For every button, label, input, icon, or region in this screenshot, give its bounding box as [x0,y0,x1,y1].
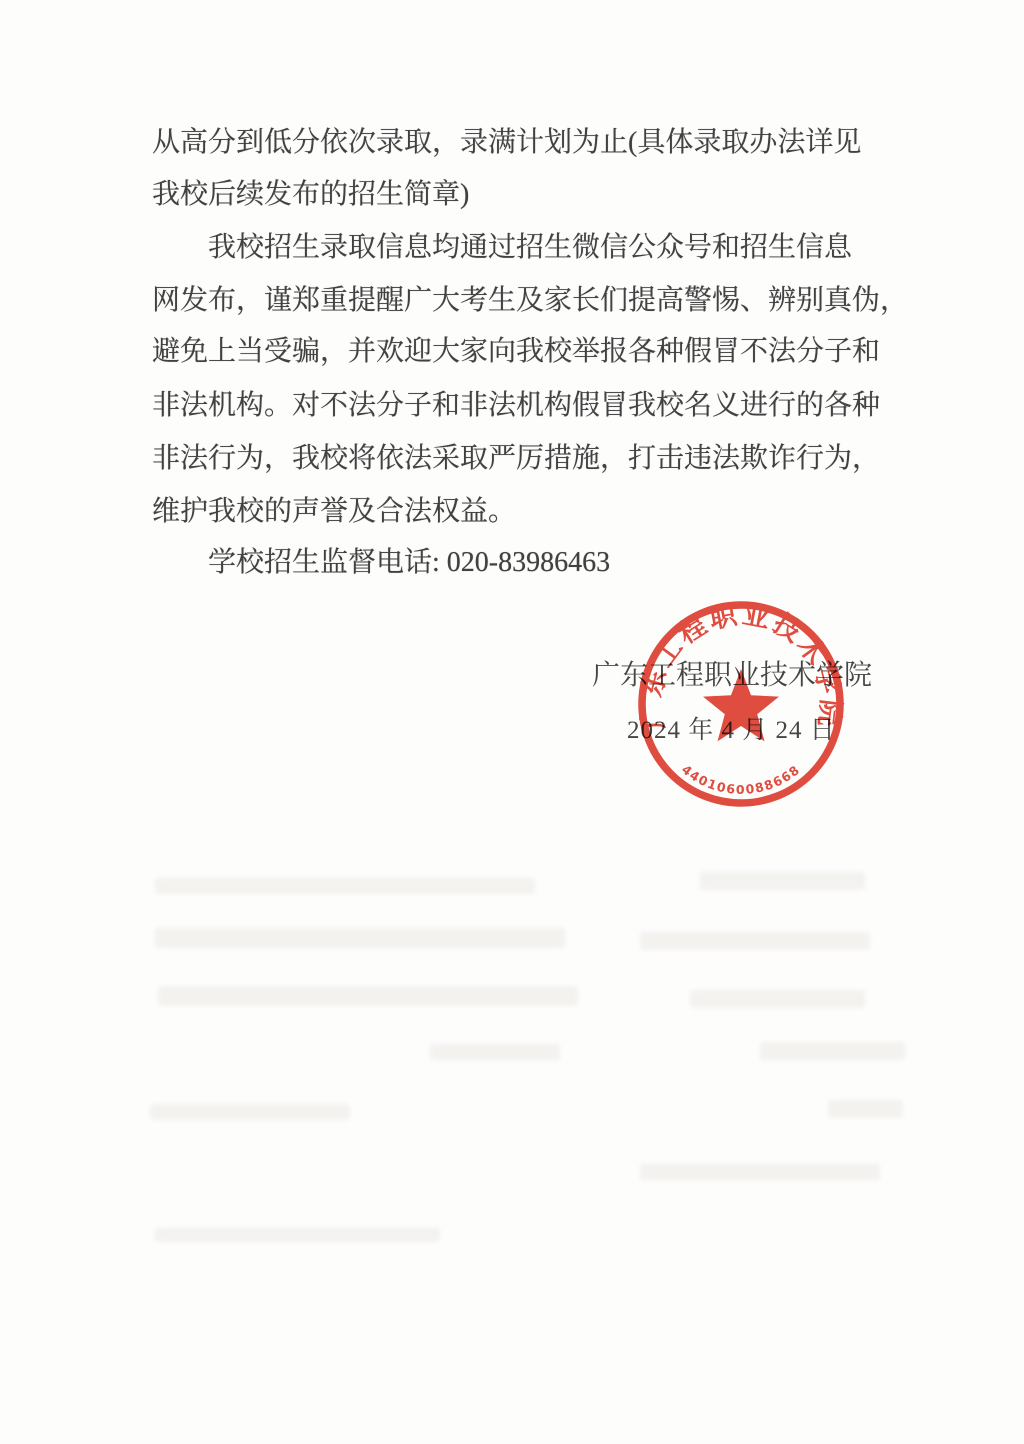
bleedthrough-mark [430,1044,560,1060]
bleedthrough-mark [828,1100,903,1118]
bleedthrough-mark [155,878,535,894]
body-line: 避免上当受骗，并欢迎大家向我校举报各种假冒不法分子和 [152,335,892,369]
bleedthrough-mark [155,928,565,948]
body-line: 维护我校的声誉及合法权益。 [152,495,892,529]
bleedthrough-mark [158,986,578,1006]
official-seal: 广东工程职业技术学院 4401060088668 [618,583,868,833]
body-line: 从高分到低分依次录取，录满计划为止(具体录取办法详见 [152,126,892,160]
body-line: 非法行为，我校将依法采取严厉措施，打击违法欺诈行为， [152,442,892,476]
bleedthrough-mark [640,932,870,950]
bleedthrough-mark [640,1164,880,1180]
scanned-document-page: 从高分到低分依次录取，录满计划为止(具体录取办法详见 我校后续发布的招生简章) … [0,0,1024,1444]
body-line: 网发布，谨郑重提醒广大考生及家长们提高警惕、辨别真伪， [152,284,892,318]
bleedthrough-mark [760,1042,905,1060]
bleedthrough-mark [155,1228,440,1242]
body-line-supervision-phone: 学校招生监督电话: 020-83986463 [152,546,948,580]
bleedthrough-mark [700,872,865,890]
bleedthrough-mark [690,990,865,1008]
seal-star [703,669,779,741]
body-line: 我校后续发布的招生简章) [152,178,892,212]
body-line: 非法机构。对不法分子和非法机构假冒我校名义进行的各种 [152,389,892,423]
bleedthrough-mark [150,1104,350,1120]
body-line: 我校招生录取信息均通过招生微信公众号和招生信息 [152,231,948,265]
